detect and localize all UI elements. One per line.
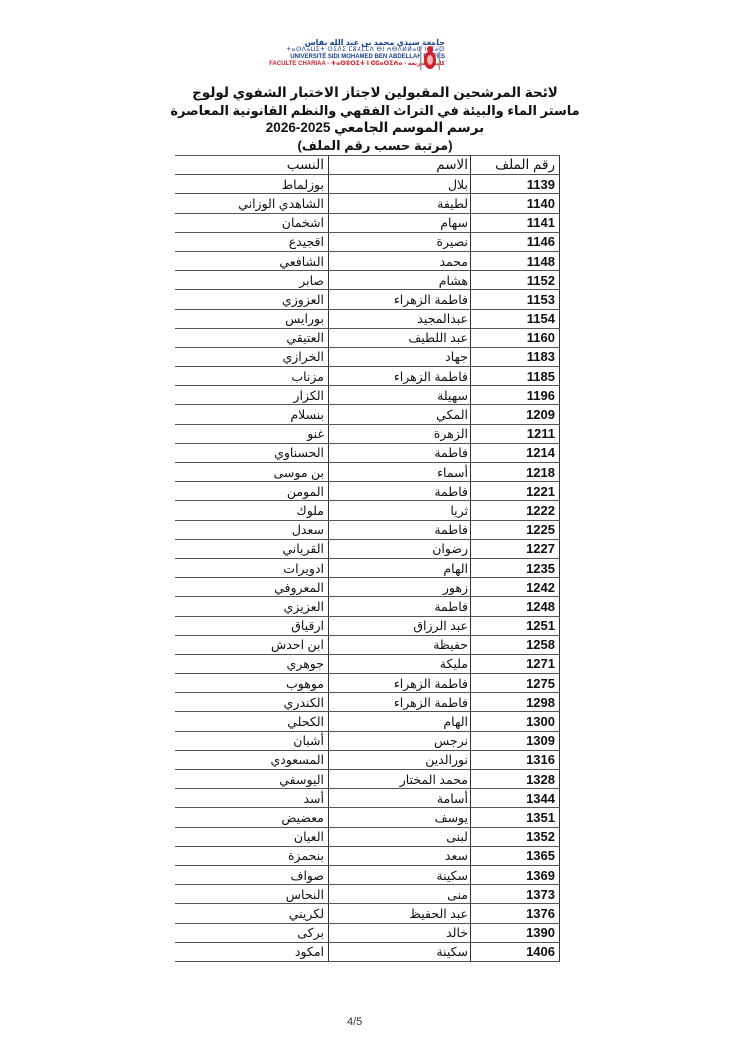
table-row: 1209المكيبنسلام [175,405,560,424]
first-name-cell: سكينة [329,942,471,961]
file-number-cell: 1373 [471,885,560,904]
file-number-cell: 1328 [471,770,560,789]
table-row: 1309نرجسأشبان [175,731,560,750]
table-row: 1227رضوانالقرياني [175,539,560,558]
last-name-cell: أشبان [175,731,329,750]
header-first-name: الاسم [329,156,471,175]
file-number-cell: 1369 [471,865,560,884]
file-number-cell: 1344 [471,789,560,808]
first-name-cell: رضوان [329,539,471,558]
file-number-cell: 1141 [471,213,560,232]
title-line-1: لائحة المرشحين المقبولين لاجتاز الاختبار… [150,84,600,102]
last-name-cell: موهوب [175,674,329,693]
last-name-cell: القرياني [175,539,329,558]
first-name-cell: أسماء [329,463,471,482]
first-name-cell: سهام [329,213,471,232]
last-name-cell: صابر [175,271,329,290]
table-row: 1141سهاماشخمان [175,213,560,232]
first-name-cell: سهيلة [329,386,471,405]
file-number-cell: 1139 [471,175,560,194]
table-header-row: رقم الملف الاسم النسب [175,156,560,175]
last-name-cell: الكزار [175,386,329,405]
last-name-cell: ابن احدش [175,635,329,654]
last-name-cell: ارقياق [175,616,329,635]
table-row: 1376عبد الحفيظلكريني [175,904,560,923]
last-name-cell: الشاهدي الوزاني [175,194,329,213]
last-name-cell: العزوزي [175,290,329,309]
first-name-cell: جهاد [329,347,471,366]
file-number-cell: 1251 [471,616,560,635]
file-number-cell: 1242 [471,578,560,597]
table-row: 1373منىالنحاس [175,885,560,904]
table-row: 1242زهورالمعروفي [175,578,560,597]
first-name-cell: نورالدين [329,750,471,769]
first-name-cell: ثريا [329,501,471,520]
table-row: 1139بلالبوزلماط [175,175,560,194]
last-name-cell: معضيض [175,808,329,827]
last-name-cell: المومن [175,482,329,501]
first-name-cell: لطيفة [329,194,471,213]
table-row: 1300الهامالكحلي [175,712,560,731]
last-name-cell: أسد [175,789,329,808]
file-number-cell: 1152 [471,271,560,290]
first-name-cell: فاطمة الزهراء [329,290,471,309]
file-number-cell: 1316 [471,750,560,769]
last-name-cell: ادويرات [175,558,329,577]
table-row: 1390خالدبركى [175,923,560,942]
first-name-cell: فاطمة الزهراء [329,674,471,693]
table-row: 1271مليكةجوهري [175,654,560,673]
last-name-cell: العتيقي [175,328,329,347]
last-name-cell: جوهري [175,654,329,673]
table-row: 1248فاطمةالعزيزي [175,597,560,616]
first-name-cell: عبد اللطيف [329,328,471,347]
first-name-cell: مليكة [329,654,471,673]
last-name-cell: المعروفي [175,578,329,597]
page-number: 4/5 [347,1016,362,1028]
last-name-cell: بركى [175,923,329,942]
last-name-cell: بوزلماط [175,175,329,194]
last-name-cell: ملوك [175,501,329,520]
document-titles: لائحة المرشحين المقبولين لاجتاز الاختبار… [150,84,600,154]
first-name-cell: فاطمة الزهراء [329,693,471,712]
table-row: 1316نورالدينالمسعودي [175,750,560,769]
first-name-cell: الهام [329,558,471,577]
file-number-cell: 1227 [471,539,560,558]
last-name-cell: الكحلي [175,712,329,731]
last-name-cell: سعدل [175,520,329,539]
table-row: 1152هشامصابر [175,271,560,290]
last-name-cell: الحسناوي [175,443,329,462]
file-number-cell: 1214 [471,443,560,462]
file-number-cell: 1183 [471,347,560,366]
table-row: 1222ثرياملوك [175,501,560,520]
table-row: 1298فاطمة الزهراءالكندري [175,693,560,712]
file-number-cell: 1300 [471,712,560,731]
last-name-cell: غنو [175,424,329,443]
first-name-cell: نرجس [329,731,471,750]
first-name-cell: عبد الحفيظ [329,904,471,923]
file-number-cell: 1365 [471,846,560,865]
table-row: 1218أسماءبن موسى [175,463,560,482]
file-number-cell: 1309 [471,731,560,750]
first-name-cell: بلال [329,175,471,194]
file-number-cell: 1160 [471,328,560,347]
last-name-cell: الشافعي [175,251,329,270]
file-number-cell: 1185 [471,367,560,386]
first-name-cell: أسامة [329,789,471,808]
file-number-cell: 1376 [471,904,560,923]
table-row: 1153فاطمة الزهراءالعزوزي [175,290,560,309]
file-number-cell: 1148 [471,251,560,270]
first-name-cell: زهور [329,578,471,597]
first-name-cell: سعد [329,846,471,865]
table-row: 1221فاطمةالمومن [175,482,560,501]
file-number-cell: 1248 [471,597,560,616]
first-name-cell: فاطمة [329,597,471,616]
table-row: 1344أسامةأسد [175,789,560,808]
title-line-3: برسم الموسم الجامعي 2025-2026 [150,119,600,137]
file-number-cell: 1209 [471,405,560,424]
table-row: 1235الهامادويرات [175,558,560,577]
table-row: 1369سكينةصواف [175,865,560,884]
file-number-cell: 1225 [471,520,560,539]
first-name-cell: فاطمة [329,482,471,501]
first-name-cell: فاطمة [329,520,471,539]
file-number-cell: 1258 [471,635,560,654]
file-number-cell: 1211 [471,424,560,443]
last-name-cell: المسعودي [175,750,329,769]
file-number-cell: 1218 [471,463,560,482]
last-name-cell: بورايس [175,309,329,328]
header-file-number: رقم الملف [471,156,560,175]
first-name-cell: حفيظة [329,635,471,654]
file-number-cell: 1140 [471,194,560,213]
last-name-cell: النحاس [175,885,329,904]
table-row: 1225فاطمةسعدل [175,520,560,539]
first-name-cell: نصيرة [329,232,471,251]
table-row: 1365سعدبنحمزة [175,846,560,865]
last-name-cell: بن موسى [175,463,329,482]
first-name-cell: عبد الرزاق [329,616,471,635]
last-name-cell: بنسلام [175,405,329,424]
first-name-cell: سكينة [329,865,471,884]
table-row: 1258حفيظةابن احدش [175,635,560,654]
last-name-cell: العيان [175,827,329,846]
header-last-name: النسب [175,156,329,175]
first-name-cell: فاطمة الزهراء [329,367,471,386]
last-name-cell: الكندري [175,693,329,712]
last-name-cell: امكود [175,942,329,961]
file-number-cell: 1351 [471,808,560,827]
last-name-cell: صواف [175,865,329,884]
table-row: 1275فاطمة الزهراءموهوب [175,674,560,693]
file-number-cell: 1222 [471,501,560,520]
file-number-cell: 1406 [471,942,560,961]
last-name-cell: الخرازي [175,347,329,366]
last-name-cell: اليوسفي [175,770,329,789]
file-number-cell: 1196 [471,386,560,405]
first-name-cell: محمد المختار [329,770,471,789]
table-row: 1185فاطمة الزهراءمزناب [175,367,560,386]
last-name-cell: اشخمان [175,213,329,232]
candidates-table: رقم الملف الاسم النسب 1139بلالبوزلماط114… [175,155,560,962]
first-name-cell: فاطمة [329,443,471,462]
table-row: 1406سكينةامكود [175,942,560,961]
table-row: 1183جهادالخرازي [175,347,560,366]
file-number-cell: 1221 [471,482,560,501]
file-number-cell: 1235 [471,558,560,577]
table-row: 1251عبد الرزاقارقياق [175,616,560,635]
title-line-2: ماستر الماء والبيئة في التراث الفقهي وال… [150,102,600,119]
file-number-cell: 1275 [471,674,560,693]
first-name-cell: الزهرة [329,424,471,443]
last-name-cell: مزناب [175,367,329,386]
file-number-cell: 1390 [471,923,560,942]
table-row: 1211الزهرةغنو [175,424,560,443]
last-name-cell: لكريني [175,904,329,923]
first-name-cell: منى [329,885,471,904]
table-row: 1328محمد المختاراليوسفي [175,770,560,789]
file-number-cell: 1154 [471,309,560,328]
last-name-cell: بنحمزة [175,846,329,865]
university-emblem-icon [418,38,442,74]
file-number-cell: 1153 [471,290,560,309]
table-row: 1214فاطمةالحسناوي [175,443,560,462]
table-row: 1140لطيفةالشاهدي الوزاني [175,194,560,213]
file-number-cell: 1352 [471,827,560,846]
file-number-cell: 1271 [471,654,560,673]
table-row: 1352لبنىالعيان [175,827,560,846]
file-number-cell: 1298 [471,693,560,712]
file-number-cell: 1146 [471,232,560,251]
last-name-cell: العزيزي [175,597,329,616]
table-row: 1146نصيرةاقجيدع [175,232,560,251]
table-row: 1160عبد اللطيفالعتيقي [175,328,560,347]
first-name-cell: لبنى [329,827,471,846]
first-name-cell: هشام [329,271,471,290]
title-line-4: (مرتبة حسب رقم الملف) [150,137,600,154]
first-name-cell: المكي [329,405,471,424]
last-name-cell: اقجيدع [175,232,329,251]
first-name-cell: عبدالمجيد [329,309,471,328]
first-name-cell: الهام [329,712,471,731]
first-name-cell: خالد [329,923,471,942]
table-row: 1148محمدالشافعي [175,251,560,270]
first-name-cell: يوسف [329,808,471,827]
table-row: 1196سهيلةالكزار [175,386,560,405]
table-row: 1351يوسفمعضيض [175,808,560,827]
table-row: 1154عبدالمجيدبورايس [175,309,560,328]
first-name-cell: محمد [329,251,471,270]
